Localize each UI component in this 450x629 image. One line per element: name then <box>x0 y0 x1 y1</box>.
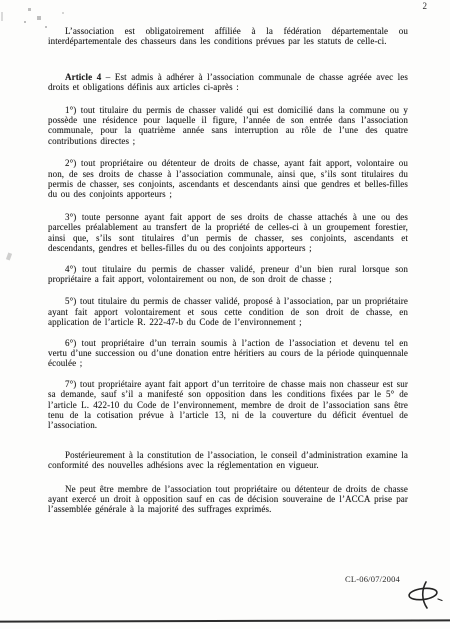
list-item-4: 4°) tout titulaire du permis de chasser … <box>48 264 408 285</box>
scan-speckle <box>45 26 47 28</box>
paragraph-affiliation: L’association est obligatoirement affili… <box>48 26 408 47</box>
list-item-6: 6°) tout propriétaire d’un terrain soumi… <box>48 338 408 369</box>
list-item-1: 1°) tout titulaire du permis de chasser … <box>48 105 408 147</box>
scan-speckle <box>28 8 31 11</box>
paraph-signature-icon <box>406 581 444 611</box>
scan-speckle <box>1 12 3 21</box>
article4-text: – Est admis à adhérer à l’association co… <box>48 72 408 92</box>
paragraph-ne-peut-etre-membre: Ne peut être membre de l’association tou… <box>48 484 408 515</box>
scan-speckle <box>62 12 64 14</box>
scan-edge-line <box>0 619 450 622</box>
scan-speckle <box>37 16 41 20</box>
paragraph-posterieurement: Postérieurement à la constitution de l’a… <box>48 450 408 471</box>
document-page: 2 L’association est obligatoirement affi… <box>0 0 450 629</box>
list-item-2: 2°) tout propriétaire ou détenteur de dr… <box>48 158 408 200</box>
footer-reference: CL-06/07/2004 <box>345 574 400 584</box>
article4-label: Article 4 <box>65 72 101 82</box>
page-content: L’association est obligatoirement affili… <box>48 26 408 515</box>
scan-speckle <box>24 21 26 23</box>
list-item-3: 3°) toute personne ayant fait apport de … <box>48 212 408 254</box>
list-item-7: 7°) tout propriétaire ayant fait apport … <box>48 379 408 431</box>
scan-speckle <box>6 253 12 261</box>
page-number: 2 <box>423 1 428 11</box>
paragraph-article4: Article 4 – Est admis à adhérer à l’asso… <box>48 72 408 93</box>
list-item-5: 5°) tout titulaire du permis de chasser … <box>48 296 408 327</box>
